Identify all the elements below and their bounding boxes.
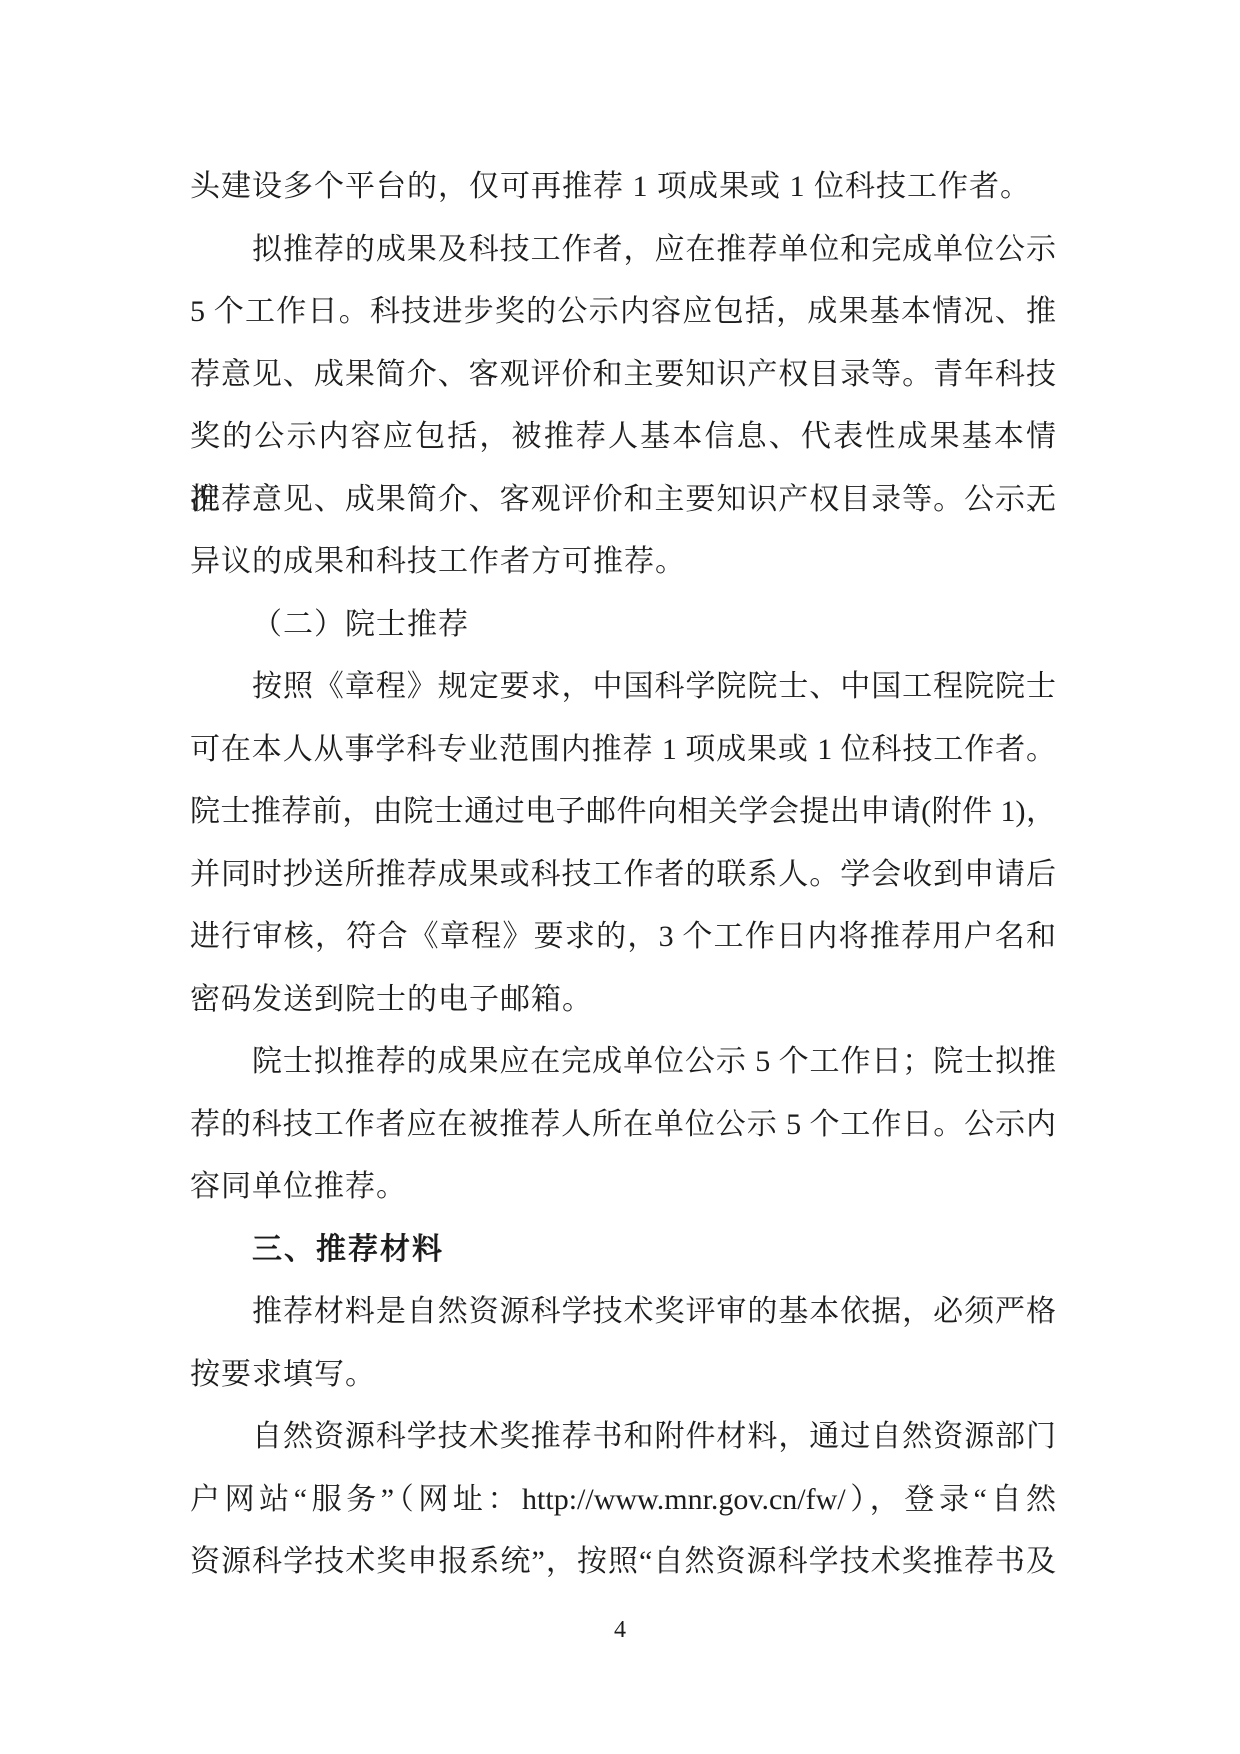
body-line: 按照《章程》规定要求，中国科学院院士、中国工程院院士 <box>190 656 1056 719</box>
document-page: 头建设多个平台的，仅可再推荐 1 项成果或 1 位科技工作者。 拟推荐的成果及科… <box>0 0 1240 1754</box>
body-line: 奖的公示内容应包括，被推荐人基本信息、代表性成果基本情况、 <box>190 406 1056 469</box>
subsection-heading: （二）院士推荐 <box>190 594 1056 657</box>
body-line: 推荐意见、成果简介、客观评价和主要知识产权目录等。公示无 <box>190 469 1056 532</box>
body-line: 荐的科技工作者应在被推荐人所在单位公示 5 个工作日。公示内 <box>190 1094 1056 1157</box>
body-line: 密码发送到院士的电子邮箱。 <box>190 969 1056 1032</box>
body-line: 可在本人从事学科专业范围内推荐 1 项成果或 1 位科技工作者。 <box>190 719 1056 782</box>
body-line: 异议的成果和科技工作者方可推荐。 <box>190 531 1056 594</box>
body-line: 按要求填写。 <box>190 1344 1056 1407</box>
section-heading: 三、推荐材料 <box>190 1219 1056 1282</box>
body-line: 荐意见、成果简介、客观评价和主要知识产权目录等。青年科技 <box>190 344 1056 407</box>
body-line: 进行审核，符合《章程》要求的，3 个工作日内将推荐用户名和 <box>190 906 1056 969</box>
body-line: 容同单位推荐。 <box>190 1156 1056 1219</box>
body-line: 推荐材料是自然资源科学技术奖评审的基本依据，必须严格 <box>190 1281 1056 1344</box>
body-line: 院士拟推荐的成果应在完成单位公示 5 个工作日；院士拟推 <box>190 1031 1056 1094</box>
body-line: 资源科学技术奖申报系统”，按照“自然资源科学技术奖推荐书及 <box>190 1531 1056 1594</box>
body-line: 院士推荐前，由院士通过电子邮件向相关学会提出申请(附件 1)， <box>190 781 1056 844</box>
document-body: 头建设多个平台的，仅可再推荐 1 项成果或 1 位科技工作者。 拟推荐的成果及科… <box>190 156 1056 1594</box>
body-line: 头建设多个平台的，仅可再推荐 1 项成果或 1 位科技工作者。 <box>190 156 1056 219</box>
page-number: 4 <box>0 1612 1240 1648</box>
body-line: 自然资源科学技术奖推荐书和附件材料，通过自然资源部门 <box>190 1406 1056 1469</box>
body-line: 拟推荐的成果及科技工作者，应在推荐单位和完成单位公示 <box>190 219 1056 282</box>
body-line: 户网站“服务”（网址：http://www.mnr.gov.cn/fw/），登录… <box>190 1469 1056 1532</box>
body-line: 并同时抄送所推荐成果或科技工作者的联系人。学会收到申请后 <box>190 844 1056 907</box>
body-line: 5 个工作日。科技进步奖的公示内容应包括，成果基本情况、推 <box>190 281 1056 344</box>
